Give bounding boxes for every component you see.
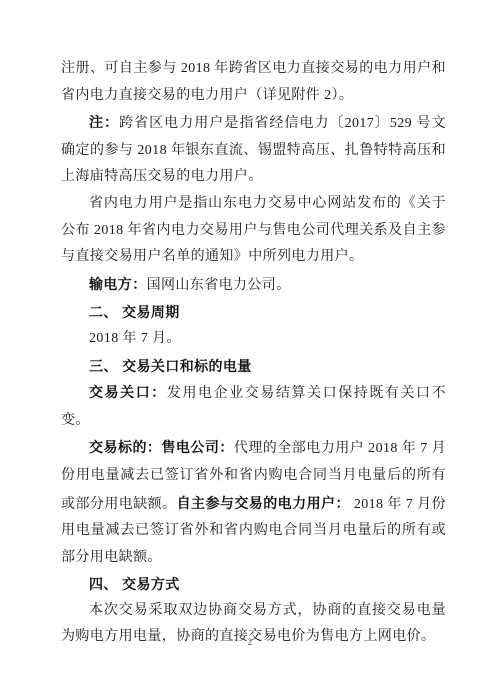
bold-text-run: 交易关口： xyxy=(89,384,167,400)
bold-text-run: 二、 交易周期 xyxy=(89,304,180,320)
bold-text-run: 输电方： xyxy=(89,276,147,292)
paragraph: 省内电力用户是指山东电力交易中心网站发布的《关于公布 2018 年省内电力交易用… xyxy=(61,191,446,271)
bold-text-run: 交易标的：售电公司： xyxy=(89,439,234,455)
section-heading: 三、 交易关口和标的电量 xyxy=(61,353,446,380)
text-run: 国网山东省电力公司。 xyxy=(147,278,291,293)
document-page: 注册、可自主参与 2018 年跨省区电力直接交易的电力用户和省内电力直接交易的电… xyxy=(0,0,500,694)
paragraph: 交易标的：售电公司：代理的全部电力用户 2018 年 7 月份用电量减去已签订省… xyxy=(61,434,446,571)
text-run: 跨省区电力用户是指省经信电力〔2017〕529 号文确定的参与 2018 年银东… xyxy=(61,116,446,184)
paragraph: 注册、可自主参与 2018 年跨省区电力直接交易的电力用户和省内电力直接交易的电… xyxy=(61,56,446,109)
bold-text-run: 自主参与交易的电力用户： xyxy=(177,495,350,511)
page-number: 2 xyxy=(0,637,500,647)
paragraph: 输电方：国网山东省电力公司。 xyxy=(61,271,446,300)
bold-text-run: 三、 交易关口和标的电量 xyxy=(89,358,252,374)
bold-text-run: 注： xyxy=(89,114,119,130)
document-body: 注册、可自主参与 2018 年跨省区电力直接交易的电力用户和省内电力直接交易的电… xyxy=(61,56,446,651)
paragraph: 2018 年 7 月。 xyxy=(61,326,446,353)
text-run: 省内电力用户是指山东电力交易中心网站发布的《关于公布 2018 年省内电力交易用… xyxy=(61,196,446,264)
text-run: 注册、可自主参与 2018 年跨省区电力直接交易的电力用户和省内电力直接交易的电… xyxy=(61,61,446,103)
section-heading: 四、 交易方式 xyxy=(61,571,446,598)
paragraph: 注：跨省区电力用户是指省经信电力〔2017〕529 号文确定的参与 2018 年… xyxy=(61,109,446,191)
text-run: 2018 年 7 月。 xyxy=(89,331,181,346)
section-heading: 二、 交易周期 xyxy=(61,299,446,326)
bold-text-run: 四、 交易方式 xyxy=(89,576,180,592)
paragraph: 交易关口：发用电企业交易结算关口保持既有关口不变。 xyxy=(61,379,446,434)
